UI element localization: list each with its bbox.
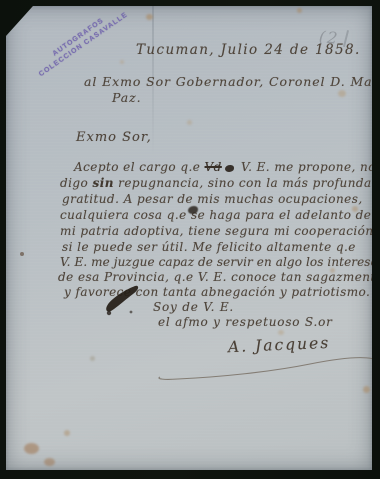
collection-stamp: AUTOGRAFOS COLECCION CASAVALLE [28,0,135,82]
stamp-line-2: COLECCION CASAVALLE [33,7,135,82]
foxing-spot [187,120,192,125]
body-line-5: mi patria adoptiva, tiene segura mi coop… [60,224,378,238]
foxing-spot [338,90,346,97]
stamp-line-1: AUTOGRAFOS [28,0,130,75]
foxing-spot [24,443,39,454]
salutation: Exmo Sor, [76,130,152,145]
body-line-6: si le puede ser útil. Me felicito altame… [62,240,356,254]
ink-blot [100,282,150,318]
body-line-7: V. E. me juzgue capaz de servir en algo … [60,255,380,269]
foxing-spot [44,458,55,466]
body-line-3: gratitud. A pesar de mis muchas ocupacio… [62,192,363,206]
body-line-1-pre: Acepto el cargo q.e [74,160,200,174]
addressee-line-1: al Exmo Sor Gobernador, Coronel D. Marco… [84,74,380,89]
emphasized-word: sin [93,176,114,190]
scan-background: AUTOGRAFOS COLECCION CASAVALLE (2 Tucuma… [0,0,380,479]
foxing-spot [20,252,24,256]
struck-word: Vd [205,160,222,174]
body-line-1: Acepto el cargo q.e Vd V. E. me propone,… [74,160,376,174]
foxing-spot [146,14,153,20]
foxing-spot [297,8,302,13]
body-line-1-post: V. E. me propone, no [241,160,376,174]
signature-flourish [150,350,376,384]
foxing-spot [363,386,370,393]
date-line: Tucuman, Julio 24 de 1858. [136,42,361,58]
closing-line-1: Soy de V. E. [153,300,234,314]
closing-line-2: el afmo y respetuoso S.or [158,315,333,329]
letter-page: AUTOGRAFOS COLECCION CASAVALLE (2 Tucuma… [6,6,372,470]
ink-blot-small [225,165,234,172]
body-line-2: digo sin repugnancia, sino con la más pr… [60,176,372,190]
foxing-spot [90,356,95,361]
foxing-spot [120,60,124,64]
body-line-2-post: repugnancia, sino con la más profunda [118,176,371,190]
body-line-2-pre: digo [60,176,88,190]
addressee-line-2: Paz. [112,90,141,105]
foxing-spot [278,330,284,335]
foxing-spot [64,430,70,436]
body-line-4: cualquiera cosa q.e se haga para el adel… [60,208,371,222]
